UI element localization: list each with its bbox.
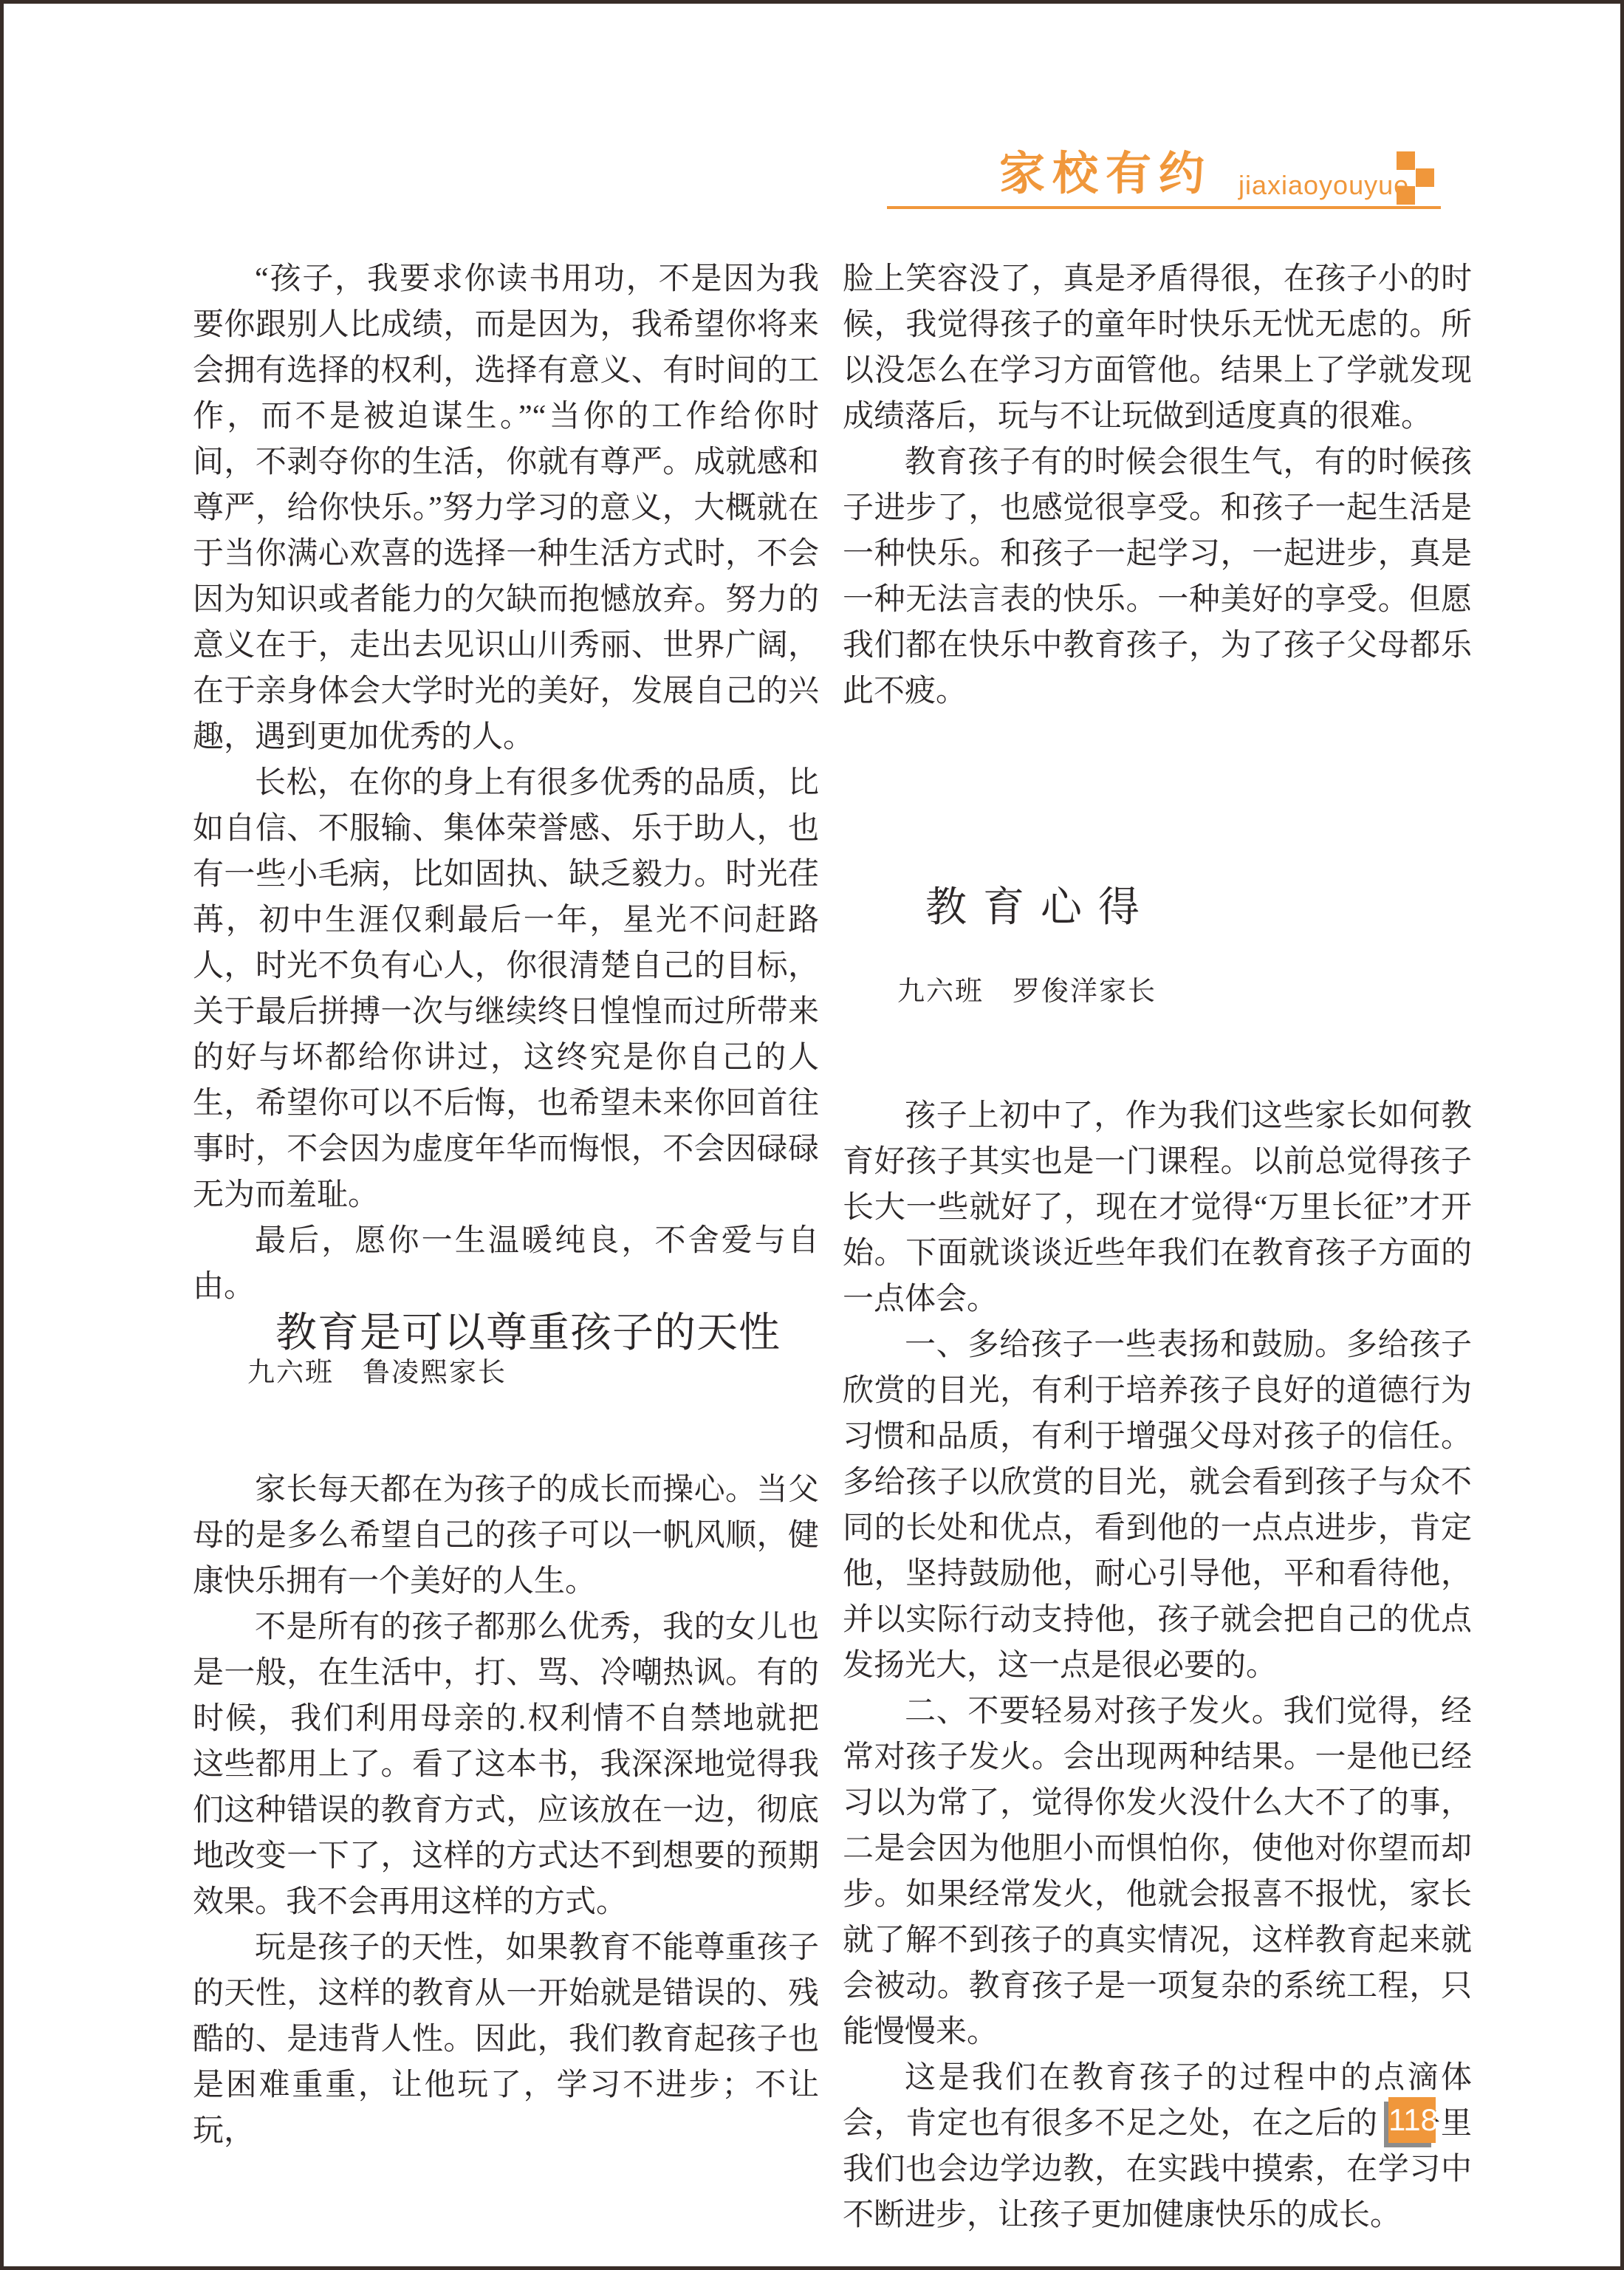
square-decor [1397, 151, 1415, 170]
paragraph: 脸上笑容没了，真是矛盾得很，在孩子小的时候，我觉得孩子的童年时快乐无忧无虑的。所… [843, 256, 1472, 440]
paragraph: “孩子，我要求你读书用功，不是因为我要你跟别人比成绩，而是因为，我希望你将来会拥… [193, 256, 819, 760]
paragraph: 孩子上初中了，作为我们这些家长如何教育好孩子其实也是一门课程。以前总觉得孩子长大… [843, 1093, 1472, 1322]
section-header-title: 家校有约 [999, 151, 1212, 197]
square-decor [1416, 168, 1434, 187]
paragraph: 不是所有的孩子都那么优秀，我的女儿也是一般，在生活中，打、骂、冷嘲热讽。有的时候… [193, 1604, 819, 1925]
right-column: 脸上笑容没了，真是矛盾得很，在孩子小的时候，我觉得孩子的童年时快乐无忧无虑的。所… [843, 256, 1472, 2238]
paragraph: 玩是孩子的天性，如果教育不能尊重孩子的天性，这样的教育从一开始就是错误的、残酷的… [193, 1925, 819, 2154]
article-title: 教育是可以尊重孩子的天性 [193, 1310, 819, 1357]
paragraph: 这是我们在教育孩子的过程中的点滴体会，肯定也有很多不足之处，在之后的日子里我们也… [843, 2055, 1472, 2238]
section-header-pinyin: jiaxiaoyouyue [1238, 172, 1409, 199]
article-byline: 九六班 罗俊洋家长 [843, 976, 1472, 1008]
left-column: “孩子，我要求你读书用功，不是因为我要你跟别人比成绩，而是因为，我希望你将来会拥… [193, 256, 819, 2154]
paragraph: 家长每天都在为孩子的成长而操心。当父母的是多么希望自己的孩子可以一帆风顺，健康快… [193, 1467, 819, 1604]
article-title: 教育心得 [843, 884, 1472, 931]
header-rule [887, 206, 1441, 209]
paragraph: 长松，在你的身上有很多优秀的品质，比如自信、不服输、集体荣誉感、乐于助人，也有一… [193, 760, 819, 1218]
square-decor [1397, 186, 1415, 205]
magazine-page: 家校有约 jiaxiaoyouyue “孩子，我要求你读书用功，不是因为我要你跟… [0, 0, 1624, 2270]
page-number-badge: 118 [1388, 2097, 1436, 2143]
paragraph: 二、不要轻易对孩子发火。我们觉得，经常对孩子发火。会出现两种结果。一是他已经习以… [843, 1689, 1472, 2055]
paragraph: 教育孩子有的时候会很生气，有的时候孩子进步了，也感觉很享受。和孩子一起生活是一种… [843, 440, 1472, 714]
paragraph: 最后，愿你一生温暖纯良，不舍爱与自由。 [193, 1218, 819, 1310]
checker-squares-icon [1397, 151, 1435, 206]
article-byline: 九六班 鲁凌熙家长 [193, 1357, 819, 1389]
paragraph: 一、多给孩子一些表扬和鼓励。多给孩子欣赏的目光，有利于培养孩子良好的道德行为习惯… [843, 1322, 1472, 1689]
